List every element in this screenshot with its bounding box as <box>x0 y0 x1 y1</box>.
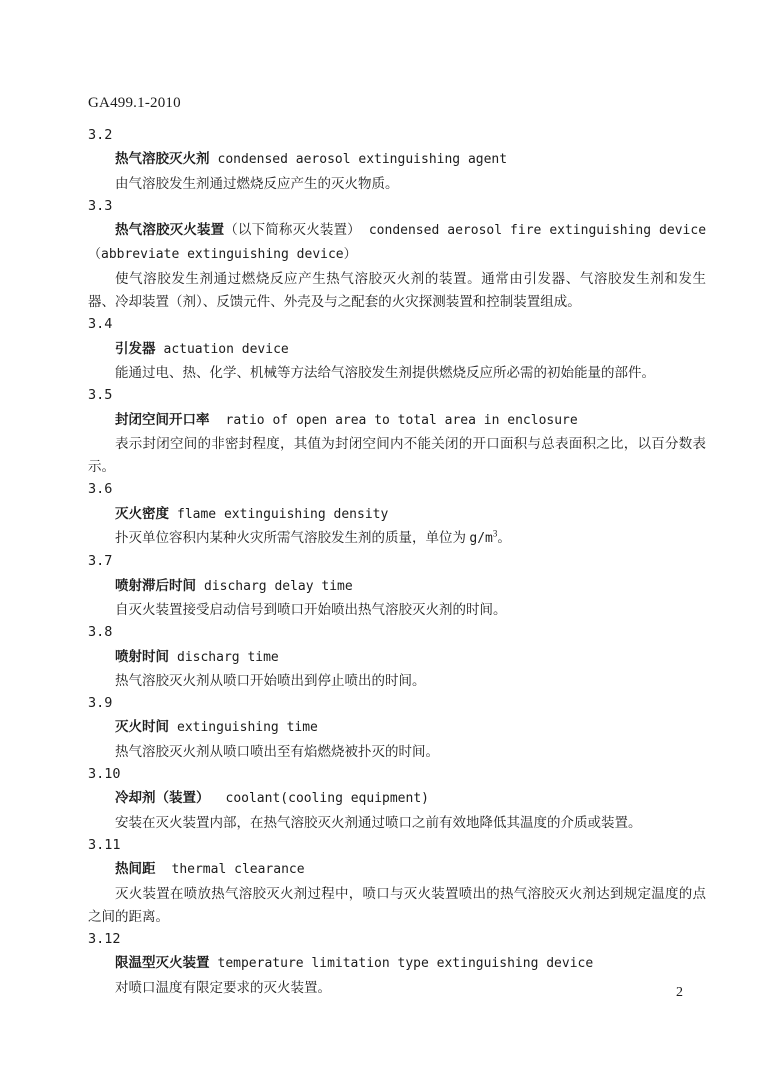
term-english: temperature limitation type extinguishin… <box>218 956 594 971</box>
section-number: 3.3 <box>88 195 706 218</box>
term-definition: 对喷口温度有限定要求的灭火装置。 <box>88 976 706 999</box>
term-english: ratio of open area to total area in encl… <box>226 413 578 428</box>
term-chinese: 封闭空间开口率 <box>115 412 210 427</box>
term-heading: 冷却剂（装置）coolant(cooling equipment) <box>88 786 706 810</box>
section-number: 3.4 <box>88 313 706 336</box>
section-number: 3.2 <box>88 124 706 147</box>
section-3-3: 3.3 热气溶胶灭火装置（以下简称灭火装置）condensed aerosol … <box>88 195 706 313</box>
term-chinese: 限温型灭火装置 <box>115 955 210 970</box>
section-3-10: 3.10 冷却剂（装置）coolant(cooling equipment) 安… <box>88 763 706 834</box>
term-definition: 灭火装置在喷放热气溶胶灭火剂过程中，喷口与灭火装置喷出的热气溶胶灭火剂达到规定温… <box>88 882 706 929</box>
term-definition: 热气溶胶灭火剂从喷口开始喷出到停止喷出的时间。 <box>88 669 706 692</box>
term-chinese: 灭火时间 <box>115 719 169 734</box>
term-heading: 引发器actuation device <box>88 337 706 361</box>
term-english: coolant(cooling equipment) <box>226 791 430 806</box>
term-definition: 扑灭单位容积内某种火灾所需气溶胶发生剂的质量，单位为 g/m3。 <box>88 526 706 550</box>
term-heading: 喷射滞后时间discharg delay time <box>88 574 706 598</box>
section-number: 3.8 <box>88 621 706 644</box>
term-heading: 封闭空间开口率ratio of open area to total area … <box>88 408 706 432</box>
term-chinese: 热间距 <box>115 861 156 876</box>
section-3-12: 3.12 限温型灭火装置temperature limitation type … <box>88 928 706 999</box>
term-chinese: 热气溶胶灭火装置 <box>115 222 224 237</box>
term-english: actuation device <box>164 342 289 357</box>
term-heading: 喷射时间discharg time <box>88 645 706 669</box>
term-heading: 灭火时间extinguishing time <box>88 715 706 739</box>
term-english: discharg time <box>177 650 279 665</box>
definition-text-end: 。 <box>497 530 511 545</box>
section-number: 3.12 <box>88 928 706 951</box>
term-chinese: 灭火密度 <box>115 506 169 521</box>
term-definition: 由气溶胶发生剂通过燃烧反应产生的灭火物质。 <box>88 172 706 195</box>
term-heading: 热气溶胶灭火装置（以下简称灭火装置）condensed aerosol fire… <box>88 218 706 267</box>
section-number: 3.6 <box>88 478 706 501</box>
section-number: 3.7 <box>88 550 706 573</box>
document-page: GA499.1-2010 3.2 热气溶胶灭火剂condensed aeroso… <box>0 0 763 1075</box>
unit-text: g/m <box>469 531 492 546</box>
term-english: thermal clearance <box>172 862 305 877</box>
section-number: 3.10 <box>88 763 706 786</box>
term-definition: 表示封闭空间的非密封程度，其值为封闭空间内不能关闭的开口面积与总表面积之比，以百… <box>88 432 706 479</box>
section-3-8: 3.8 喷射时间discharg time 热气溶胶灭火剂从喷口开始喷出到停止喷… <box>88 621 706 692</box>
term-heading: 灭火密度flame extinguishing density <box>88 502 706 526</box>
term-chinese: 冷却剂（装置） <box>115 790 210 805</box>
section-3-5: 3.5 封闭空间开口率ratio of open area to total a… <box>88 384 706 478</box>
document-code: GA499.1-2010 <box>88 93 706 113</box>
terms-list: 3.2 热气溶胶灭火剂condensed aerosol extinguishi… <box>88 124 706 999</box>
section-3-6: 3.6 灭火密度flame extinguishing density 扑灭单位… <box>88 478 706 550</box>
term-chinese-note: （以下简称灭火装置） <box>224 222 361 237</box>
term-chinese: 喷射时间 <box>115 649 169 664</box>
term-definition: 能通过电、热、化学、机械等方法给气溶胶发生剂提供燃烧反应所必需的初始能量的部件。 <box>88 361 706 384</box>
section-3-4: 3.4 引发器actuation device 能通过电、热、化学、机械等方法给… <box>88 313 706 384</box>
section-number: 3.11 <box>88 834 706 857</box>
section-3-7: 3.7 喷射滞后时间discharg delay time 自灭火装置接受启动信… <box>88 550 706 621</box>
term-heading: 热间距thermal clearance <box>88 857 706 881</box>
section-3-11: 3.11 热间距thermal clearance 灭火装置在喷放热气溶胶灭火剂… <box>88 834 706 928</box>
term-english: extinguishing time <box>177 720 318 735</box>
term-heading: 限温型灭火装置temperature limitation type extin… <box>88 951 706 975</box>
term-english: discharg delay time <box>204 579 353 594</box>
term-english: condensed aerosol extinguishing agent <box>218 152 508 167</box>
term-definition: 使气溶胶发生剂通过燃烧反应产生热气溶胶灭火剂的装置。通常由引发器、气溶胶发生剂和… <box>88 267 706 314</box>
section-number: 3.9 <box>88 692 706 715</box>
term-definition: 自灭火装置接受启动信号到喷口开始喷出热气溶胶灭火剂的时间。 <box>88 598 706 621</box>
term-heading: 热气溶胶灭火剂condensed aerosol extinguishing a… <box>88 147 706 171</box>
term-definition: 安装在灭火装置内部，在热气溶胶灭火剂通过喷口之前有效地降低其温度的介质或装置。 <box>88 811 706 834</box>
page-number: 2 <box>676 984 683 1002</box>
definition-text: 扑灭单位容积内某种火灾所需气溶胶发生剂的质量，单位为 <box>115 530 469 545</box>
term-chinese: 引发器 <box>115 341 156 356</box>
term-chinese: 喷射滞后时间 <box>115 578 196 593</box>
section-3-2: 3.2 热气溶胶灭火剂condensed aerosol extinguishi… <box>88 124 706 195</box>
term-english: flame extinguishing density <box>177 507 388 522</box>
term-definition: 热气溶胶灭火剂从喷口喷出至有焰燃烧被扑灭的时间。 <box>88 740 706 763</box>
section-number: 3.5 <box>88 384 706 407</box>
term-chinese: 热气溶胶灭火剂 <box>115 151 210 166</box>
section-3-9: 3.9 灭火时间extinguishing time 热气溶胶灭火剂从喷口喷出至… <box>88 692 706 763</box>
